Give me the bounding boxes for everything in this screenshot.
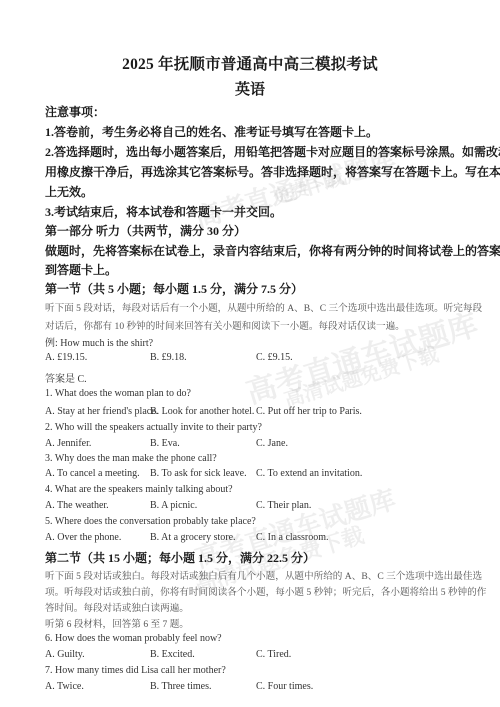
question-1: 1. What does the woman plan to do? bbox=[45, 388, 457, 399]
question-2: 2. Who will the speakers actually invite… bbox=[45, 422, 457, 433]
q2-option-c: C. Jane. bbox=[256, 438, 288, 449]
section1-instructions: 听下面 5 段对话，每段对话后有一个小题，从题中所给的 A、B、C 三个选项中选… bbox=[45, 300, 457, 314]
q4-option-a: A. The weather. bbox=[45, 500, 109, 511]
note-item: 2.答选择题时，选出每小题答案后，用铅笔把答题卡对应题目的答案标号涂黑。如需改动… bbox=[45, 143, 457, 160]
question-6: 6. How does the woman probably feel now? bbox=[45, 633, 457, 644]
q7-option-a: A. Twice. bbox=[45, 681, 84, 692]
question-5: 5. Where does the conversation probably … bbox=[45, 516, 457, 527]
q3-option-b: B. To ask for sick leave. bbox=[150, 468, 247, 479]
section2-instructions: 答时间。每段对话或独白读两遍。 bbox=[45, 600, 457, 614]
note-item: 上无效。 bbox=[45, 183, 457, 200]
exam-subject: 英语 bbox=[0, 78, 500, 99]
q6-option-b: B. Excited. bbox=[150, 649, 195, 660]
q1-option-c: C. Put off her trip to Paris. bbox=[256, 406, 362, 417]
q3-option-a: A. To cancel a meeting. bbox=[45, 468, 140, 479]
part1-instructions: 到答题卡上。 bbox=[45, 261, 457, 278]
q2-option-a: A. Jennifer. bbox=[45, 438, 91, 449]
section2-heading: 第二节（共 15 小题；每小题 1.5 分，满分 22.5 分） bbox=[45, 549, 457, 566]
q4-option-b: B. A picnic. bbox=[150, 500, 197, 511]
q7-option-b: B. Three times. bbox=[150, 681, 211, 692]
q3-option-c: C. To extend an invitation. bbox=[256, 468, 362, 479]
note-item: 1.答卷前，考生务必将自己的姓名、准考证号填写在答题卡上。 bbox=[45, 123, 457, 140]
question-7: 7. How many times did Lisa call her moth… bbox=[45, 665, 457, 676]
notes-heading: 注意事项： bbox=[45, 103, 457, 120]
part1-instructions: 做题时，先将答案标在试卷上，录音内容结束后，你将有两分钟的时间将试卷上的答案转涂 bbox=[45, 242, 457, 259]
exam-title: 2025 年抚顺市普通高中高三模拟考试 bbox=[0, 52, 500, 74]
q2-option-b: B. Eva. bbox=[150, 438, 180, 449]
part1-heading: 第一部分 听力（共两节，满分 30 分） bbox=[45, 222, 457, 239]
q6-option-a: A. Guilty. bbox=[45, 649, 85, 660]
q1-option-a: A. Stay at her friend's place. bbox=[45, 406, 158, 417]
q4-option-c: C. Their plan. bbox=[256, 500, 311, 511]
exam-page: 高考直通车试题库 免费下载 高考直通车试题库 高清试题免费下载 高考直通车试题库… bbox=[0, 0, 500, 707]
example-option-a: A. £19.15. bbox=[45, 352, 87, 363]
note-item: 用橡皮擦干净后，再选涂其它答案标号。答非选择题时，将答案写在答题卡上。写在本试卷 bbox=[45, 163, 457, 180]
example-answer: 答案是 C. bbox=[45, 370, 457, 385]
note-item: 3.考试结束后，将本试卷和答题卡一并交回。 bbox=[45, 203, 457, 220]
question-3: 3. Why does the man make the phone call? bbox=[45, 453, 457, 464]
section1-heading: 第一节（共 5 小题；每小题 1.5 分，满分 7.5 分） bbox=[45, 280, 457, 297]
q6-option-c: C. Tired. bbox=[256, 649, 291, 660]
material-note: 听第 6 段材料，回答第 6 至 7 题。 bbox=[45, 616, 457, 630]
example-option-b: B. £9.18. bbox=[150, 352, 187, 363]
section2-instructions: 听下面 5 段对话或独白。每段对话或独白后有几个小题，从题中所给的 A、B、C … bbox=[45, 568, 457, 582]
q5-option-c: C. In a classroom. bbox=[256, 532, 329, 543]
example-option-c: C. £9.15. bbox=[256, 352, 293, 363]
section1-instructions: 对话后，你都有 10 秒钟的时间来回答有关小题和阅读下一小题。每段对话仅读一遍。 bbox=[45, 318, 457, 332]
q7-option-c: C. Four times. bbox=[256, 681, 313, 692]
example-question: 例: How much is the shirt? bbox=[45, 334, 457, 349]
question-4: 4. What are the speakers mainly talking … bbox=[45, 484, 457, 495]
q1-option-b: B. Look for another hotel. bbox=[150, 406, 254, 417]
q5-option-a: A. Over the phone. bbox=[45, 532, 121, 543]
q5-option-b: B. At a grocery store. bbox=[150, 532, 236, 543]
section2-instructions: 项。听每段对话或独白前，你将有时间阅读各个小题，每小题 5 秒钟；听完后，各小题… bbox=[45, 584, 457, 598]
